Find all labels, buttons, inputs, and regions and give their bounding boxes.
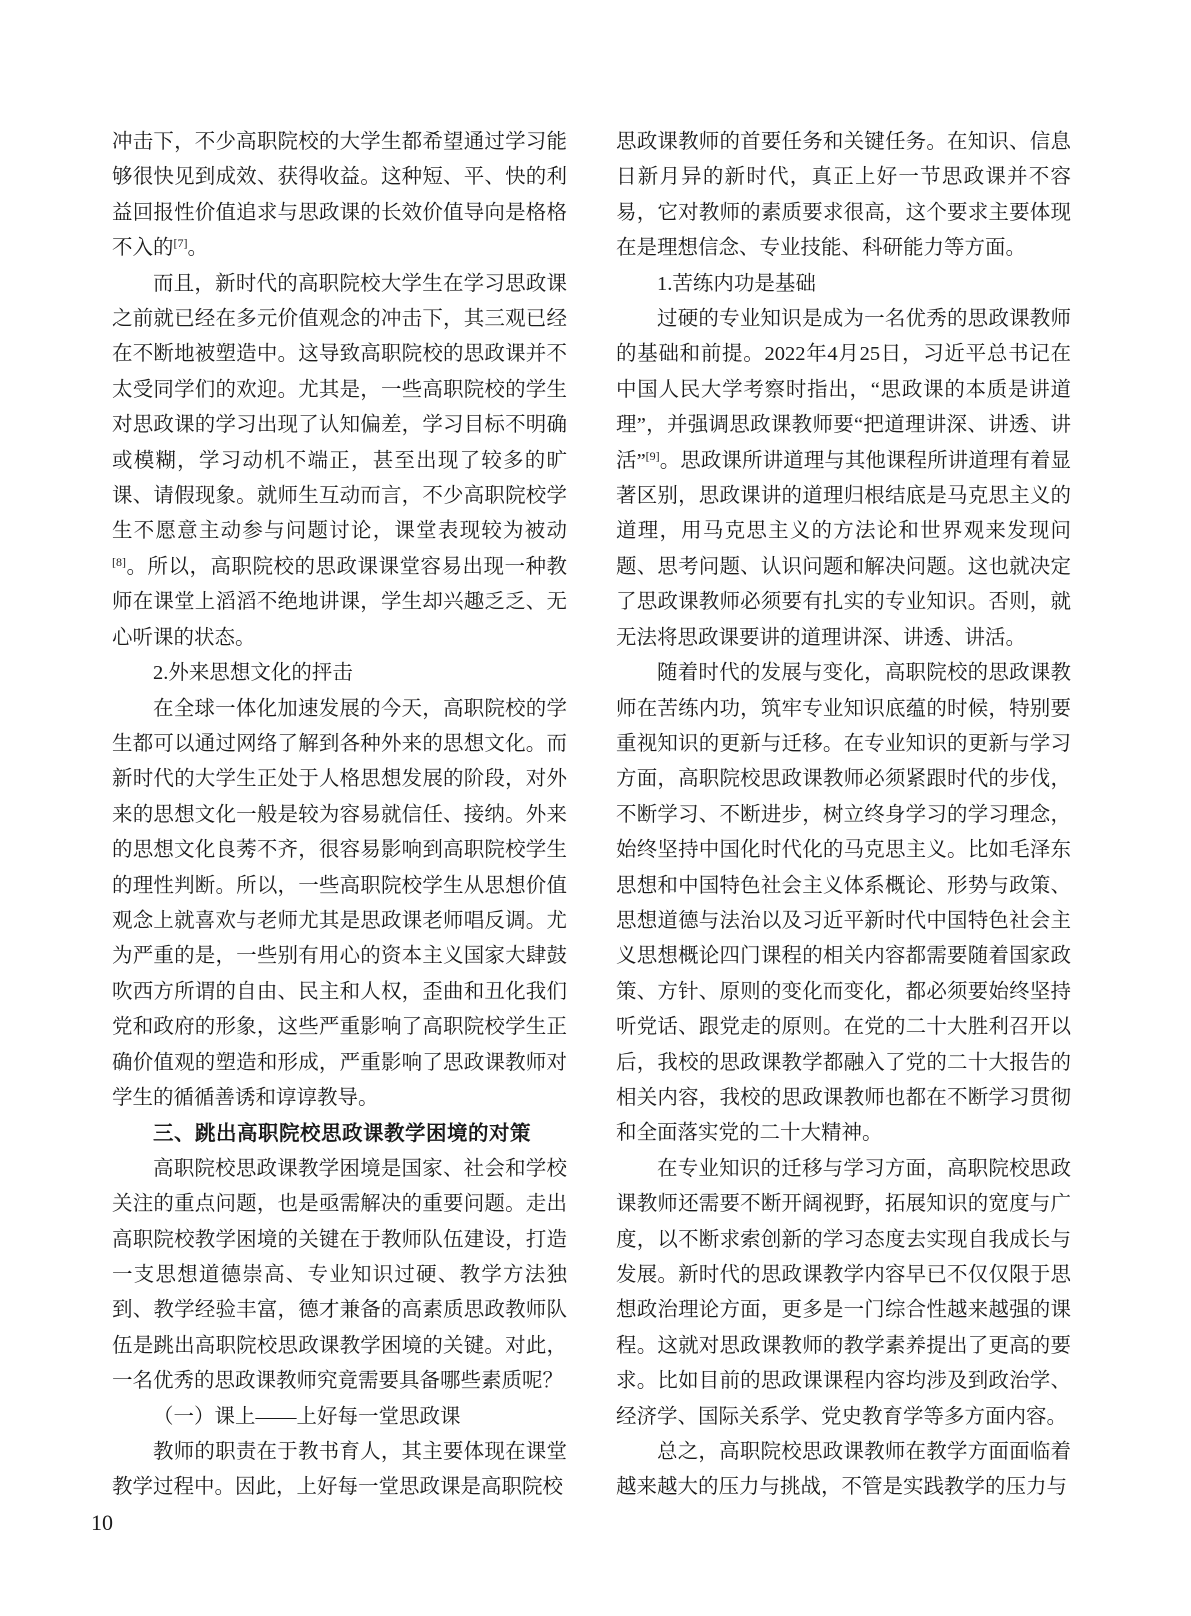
body-paragraph: 教师的职责在于教书育人，其主要体现在课堂教学过程中。因此，上好每一堂思政课是高职… <box>112 1435 567 1506</box>
body-paragraph: 在专业知识的迁移与学习方面，高职院校思政课教师还需要不断开阔视野，拓展知识的宽度… <box>616 1152 1071 1435</box>
body-paragraph: 过硬的专业知识是成为一名优秀的思政课教师的基础和前提。2022年4月25日，习近… <box>616 302 1071 656</box>
numbered-subheading: 2.外来思想文化的抨击 <box>112 656 567 691</box>
section-heading: 三、跳出高职院校思政课教学困境的对策 <box>112 1116 567 1151</box>
body-paragraph: 在全球一体化加速发展的今天，高职院校的学生都可以通过网络了解到各种外来的思想文化… <box>112 692 567 1117</box>
page-number: 10 <box>91 1508 113 1538</box>
body-paragraph: 高职院校思政课教学困境是国家、社会和学校关注的重点问题，也是亟需解决的重要问题。… <box>112 1152 567 1400</box>
body-paragraph: 思政课教师的首要任务和关键任务。在知识、信息日新月异的新时代，真正上好一节思政课… <box>616 125 1071 267</box>
body-paragraph: 随着时代的发展与变化，高职院校的思政课教师在苦练内功，筑牢专业知识底蕴的时候，特… <box>616 656 1071 1152</box>
text-column-right: 思政课教师的首要任务和关键任务。在知识、信息日新月异的新时代，真正上好一节思政课… <box>616 125 1071 1506</box>
numbered-subheading: 1.苦练内功是基础 <box>616 267 1071 302</box>
text-column-left: 冲击下，不少高职院校的大学生都希望通过学习能够很快见到成效、获得收益。这种短、平… <box>112 125 567 1506</box>
body-paragraph: 总之，高职院校思政课教师在教学方面面临着越来越大的压力与挑战，不管是实践教学的压… <box>616 1435 1071 1506</box>
parenthetical-subheading: （一）课上——上好每一堂思政课 <box>112 1400 567 1435</box>
citation-reference: [7] <box>174 236 188 250</box>
body-paragraph: 而且，新时代的高职院校大学生在学习思政课之前就已经在多元价值观念的冲击下，其三观… <box>112 267 567 656</box>
citation-reference: [9] <box>646 449 660 463</box>
citation-reference: [8] <box>112 555 126 569</box>
document-page: 冲击下，不少高职院校的大学生都希望通过学习能够很快见到成效、获得收益。这种短、平… <box>0 0 1191 1616</box>
body-paragraph: 冲击下，不少高职院校的大学生都希望通过学习能够很快见到成效、获得收益。这种短、平… <box>112 125 567 267</box>
